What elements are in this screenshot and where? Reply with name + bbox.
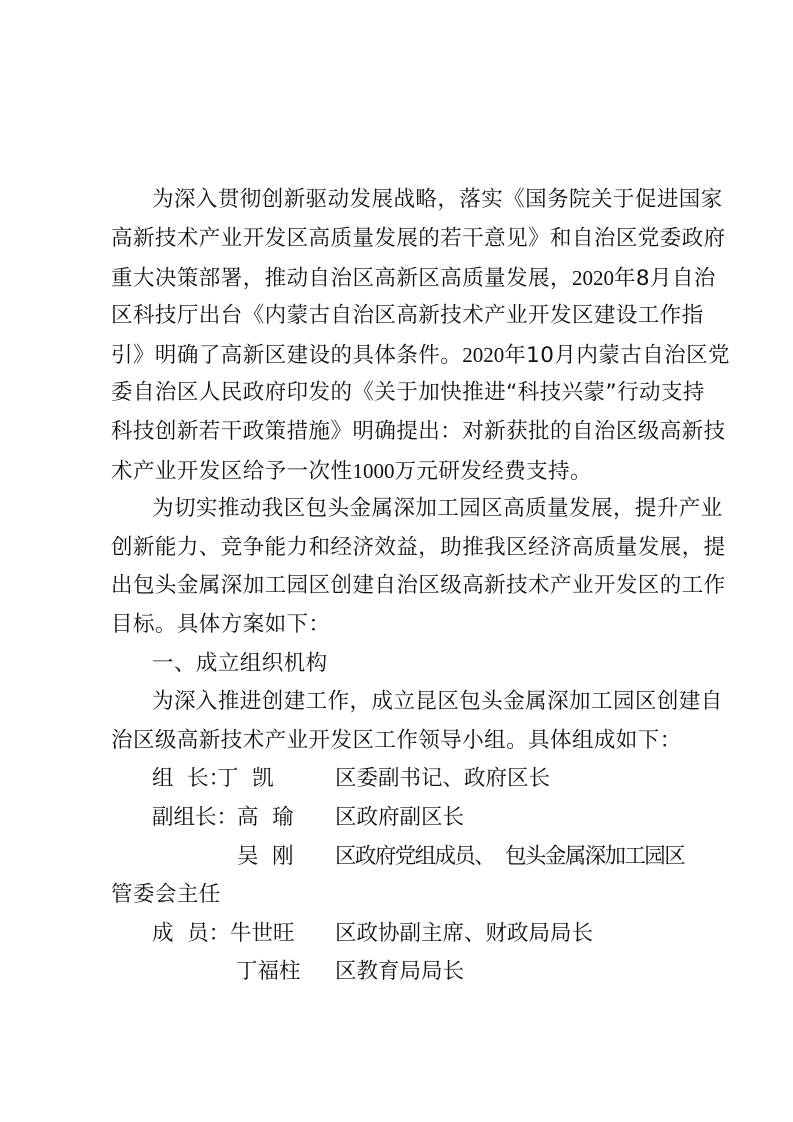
paragraph-1-line-3: 重大决策部署，推动自治区高新区高质量发展，2020年8月自治	[111, 265, 711, 291]
amount-number: 1000	[352, 459, 394, 483]
team-row-member: 丁福柱 区教育局局长	[0, 959, 793, 985]
section-heading: 一、成立组织机构	[152, 651, 712, 677]
section-intro-line-1: 为深入推进创建工作，成立昆区包头金属深加工园区创建自	[152, 689, 712, 715]
paragraph-2-line-3: 出包头金属深加工园区创建自治区级高新技术产业开发区的工作	[111, 573, 711, 599]
line-text-tail: 年8月自治	[614, 266, 716, 291]
team-title: 区政协副主席、财政局局长	[335, 921, 593, 947]
team-row-leader: 组 长： 丁 凯 区委副书记、政府区长	[0, 766, 793, 792]
paragraph-1-line-6: 委自治区人民政府印发的《关于加快推进“科技兴蒙”行动支持	[111, 380, 711, 406]
team-row-deputy: 副组长： 高 瑜 区政府副区长	[0, 805, 793, 831]
paragraph-2-line-4: 目标。具体方案如下：	[111, 612, 711, 638]
line-text: 引》明确了高新区建设的具体条件。	[111, 343, 462, 368]
team-role: 副组长：	[152, 805, 238, 831]
team-name: 高 瑜	[237, 805, 294, 831]
team-row-member: 成 员： 牛世旺 区政协副主席、财政局局长	[0, 921, 793, 947]
team-name: 丁 凯	[217, 766, 274, 792]
team-row-deputy: 吴 刚 区政府党组成员、 包头金属深加工园区	[0, 844, 793, 870]
paragraph-1-line-7: 科技创新若干政策措施》明确提出：对新获批的自治区级高新技	[111, 419, 711, 445]
line-text: 术产业开发区给予一次性	[111, 459, 352, 484]
team-name: 丁福柱	[236, 959, 301, 985]
document-page: 为深入贯彻创新驱动发展战略，落实《国务院关于促进国家 高新技术产业开发区高质量发…	[0, 0, 793, 1122]
paragraph-1-line-5: 引》明确了高新区建设的具体条件。2020年10月内蒙古自治区党	[111, 342, 711, 368]
paragraph-1-line-1: 为深入贯彻创新驱动发展战略，落实《国务院关于促进国家	[152, 187, 712, 213]
team-name: 牛世旺	[230, 921, 295, 947]
team-title: 区教育局局长	[335, 959, 464, 985]
paragraph-1-line-2: 高新技术产业开发区高质量发展的若干意见》和自治区党委政府	[111, 226, 711, 252]
section-intro-line-2: 治区级高新技术产业开发区工作领导小组。具体组成如下：	[111, 728, 711, 754]
paragraph-1-line-8: 术产业开发区给予一次性1000万元研发经费支持。	[111, 458, 711, 484]
team-title-continued: 包头金属深加工园区	[505, 844, 684, 870]
year-number: 2020	[572, 266, 614, 290]
line-text-tail: 年10月内蒙古自治区党	[504, 343, 730, 368]
paragraph-2-line-1: 为切实推动我区包头金属深加工园区高质量发展，提升产业	[152, 496, 712, 522]
year-number: 2020	[462, 343, 504, 367]
team-title-wrap: 管委会主任	[111, 882, 711, 908]
paragraph-1-line-4: 区科技厅出台《内蒙古自治区高新技术产业开发区建设工作指	[111, 303, 711, 329]
team-title: 区政府党组成员、	[335, 844, 494, 870]
paragraph-2-line-2: 创新能力、竞争能力和经济效益，助推我区经济高质量发展，提	[111, 535, 711, 561]
team-role: 成 员：	[152, 921, 230, 947]
team-name: 吴 刚	[237, 844, 294, 870]
line-text-tail: 万元研发经费支持。	[394, 459, 592, 484]
line-text: 重大决策部署，推动自治区高新区高质量发展，	[111, 266, 572, 291]
team-title: 区委副书记、政府区长	[335, 766, 550, 792]
team-title: 区政府副区长	[335, 805, 464, 831]
